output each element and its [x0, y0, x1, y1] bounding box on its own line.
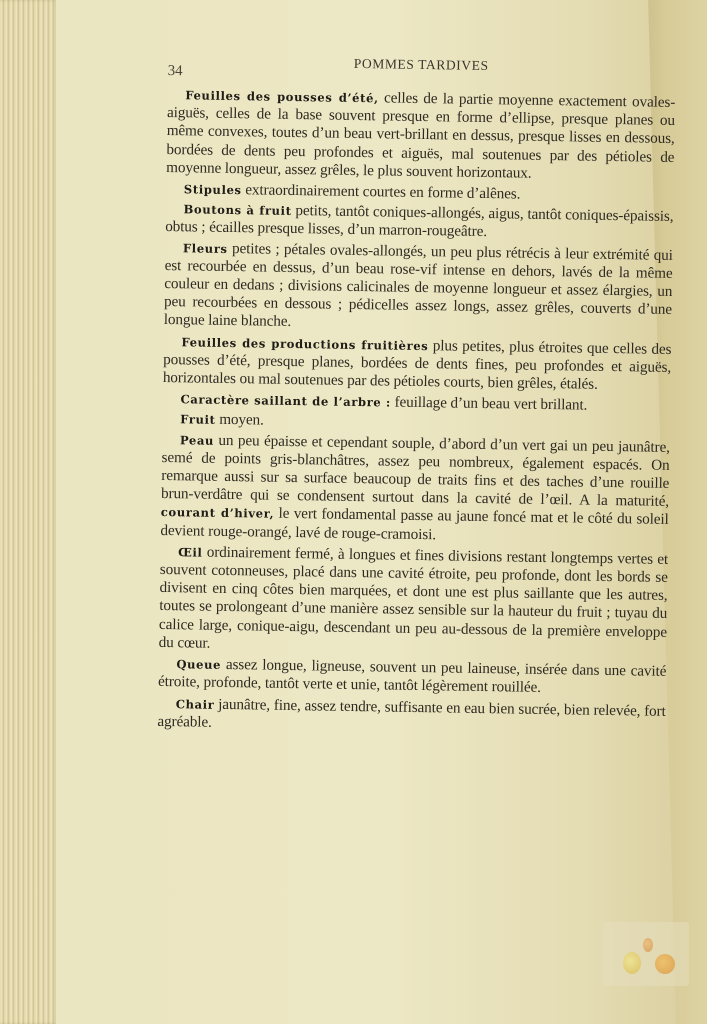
paragraph-text: ordinairement fermé, à longues et fines … — [159, 543, 669, 651]
paragraph-text: moyen. — [215, 411, 263, 429]
term-heading: Peau — [180, 433, 214, 448]
paragraph-text: petites ; pétales ovales-allongés, un pe… — [164, 240, 673, 331]
paragraph-feuilles-pousses: Feuilles des pousses d’été, celles de la… — [166, 86, 675, 185]
paragraph-text: feuillage d’un beau vert brillant. — [391, 394, 588, 414]
term-heading: Queue — [176, 657, 221, 672]
inline-term: courant d’hiver, — [161, 505, 275, 521]
term-heading: Stipules — [184, 182, 242, 197]
paragraph-text: extraordinairement courtes en forme d’al… — [241, 181, 520, 202]
paragraph-feuilles-productions: Feuilles des productions fruitières plus… — [163, 333, 672, 396]
paragraph-text: assez longue, ligneuse, souvent un peu l… — [158, 656, 666, 696]
term-heading: Œil — [178, 545, 203, 559]
page-number: 34 — [168, 62, 183, 80]
term-heading: Caractère saillant de l’arbre : — [180, 392, 391, 409]
running-title: POMMES TARDIVES — [354, 55, 489, 75]
page-content: 34 POMMES TARDIVES Feuilles des pousses … — [157, 52, 676, 742]
term-heading: Fruit — [180, 413, 216, 428]
fruit-watermark-logo — [603, 922, 689, 986]
paragraph-text: jaunâtre, fine, assez tendre, suffisante… — [157, 695, 665, 730]
paragraph-oeil: Œil ordinairement fermé, à longues et fi… — [159, 543, 669, 660]
term-heading: Chair — [176, 697, 215, 712]
pear-icon — [623, 952, 641, 974]
paragraph-fleurs: Fleurs petites ; pétales ovales-allongés… — [164, 239, 673, 338]
page-edges-stack — [0, 0, 58, 1024]
term-heading: Boutons à fruit — [183, 202, 291, 218]
paragraph-text: un peu épaisse et cependant souple, d’ab… — [161, 431, 670, 510]
book-photo: 34 POMMES TARDIVES Feuilles des pousses … — [0, 0, 707, 1024]
paragraph-queue: Queue assez longue, ligneuse, souvent un… — [158, 655, 667, 699]
term-heading: Feuilles des productions fruitières — [181, 335, 428, 353]
paragraph-peau: Peau un peu épaisse et cependant souple,… — [160, 431, 670, 548]
term-heading: Feuilles des pousses d’été, — [185, 88, 379, 105]
cherry-icon — [643, 938, 653, 952]
apple-icon — [655, 954, 675, 974]
paragraph-boutons: Boutons à fruit petits, tantôt coniques-… — [165, 200, 674, 244]
paragraph-chair: Chair jaunâtre, fine, assez tendre, suff… — [157, 694, 666, 738]
term-heading: Fleurs — [183, 241, 228, 256]
